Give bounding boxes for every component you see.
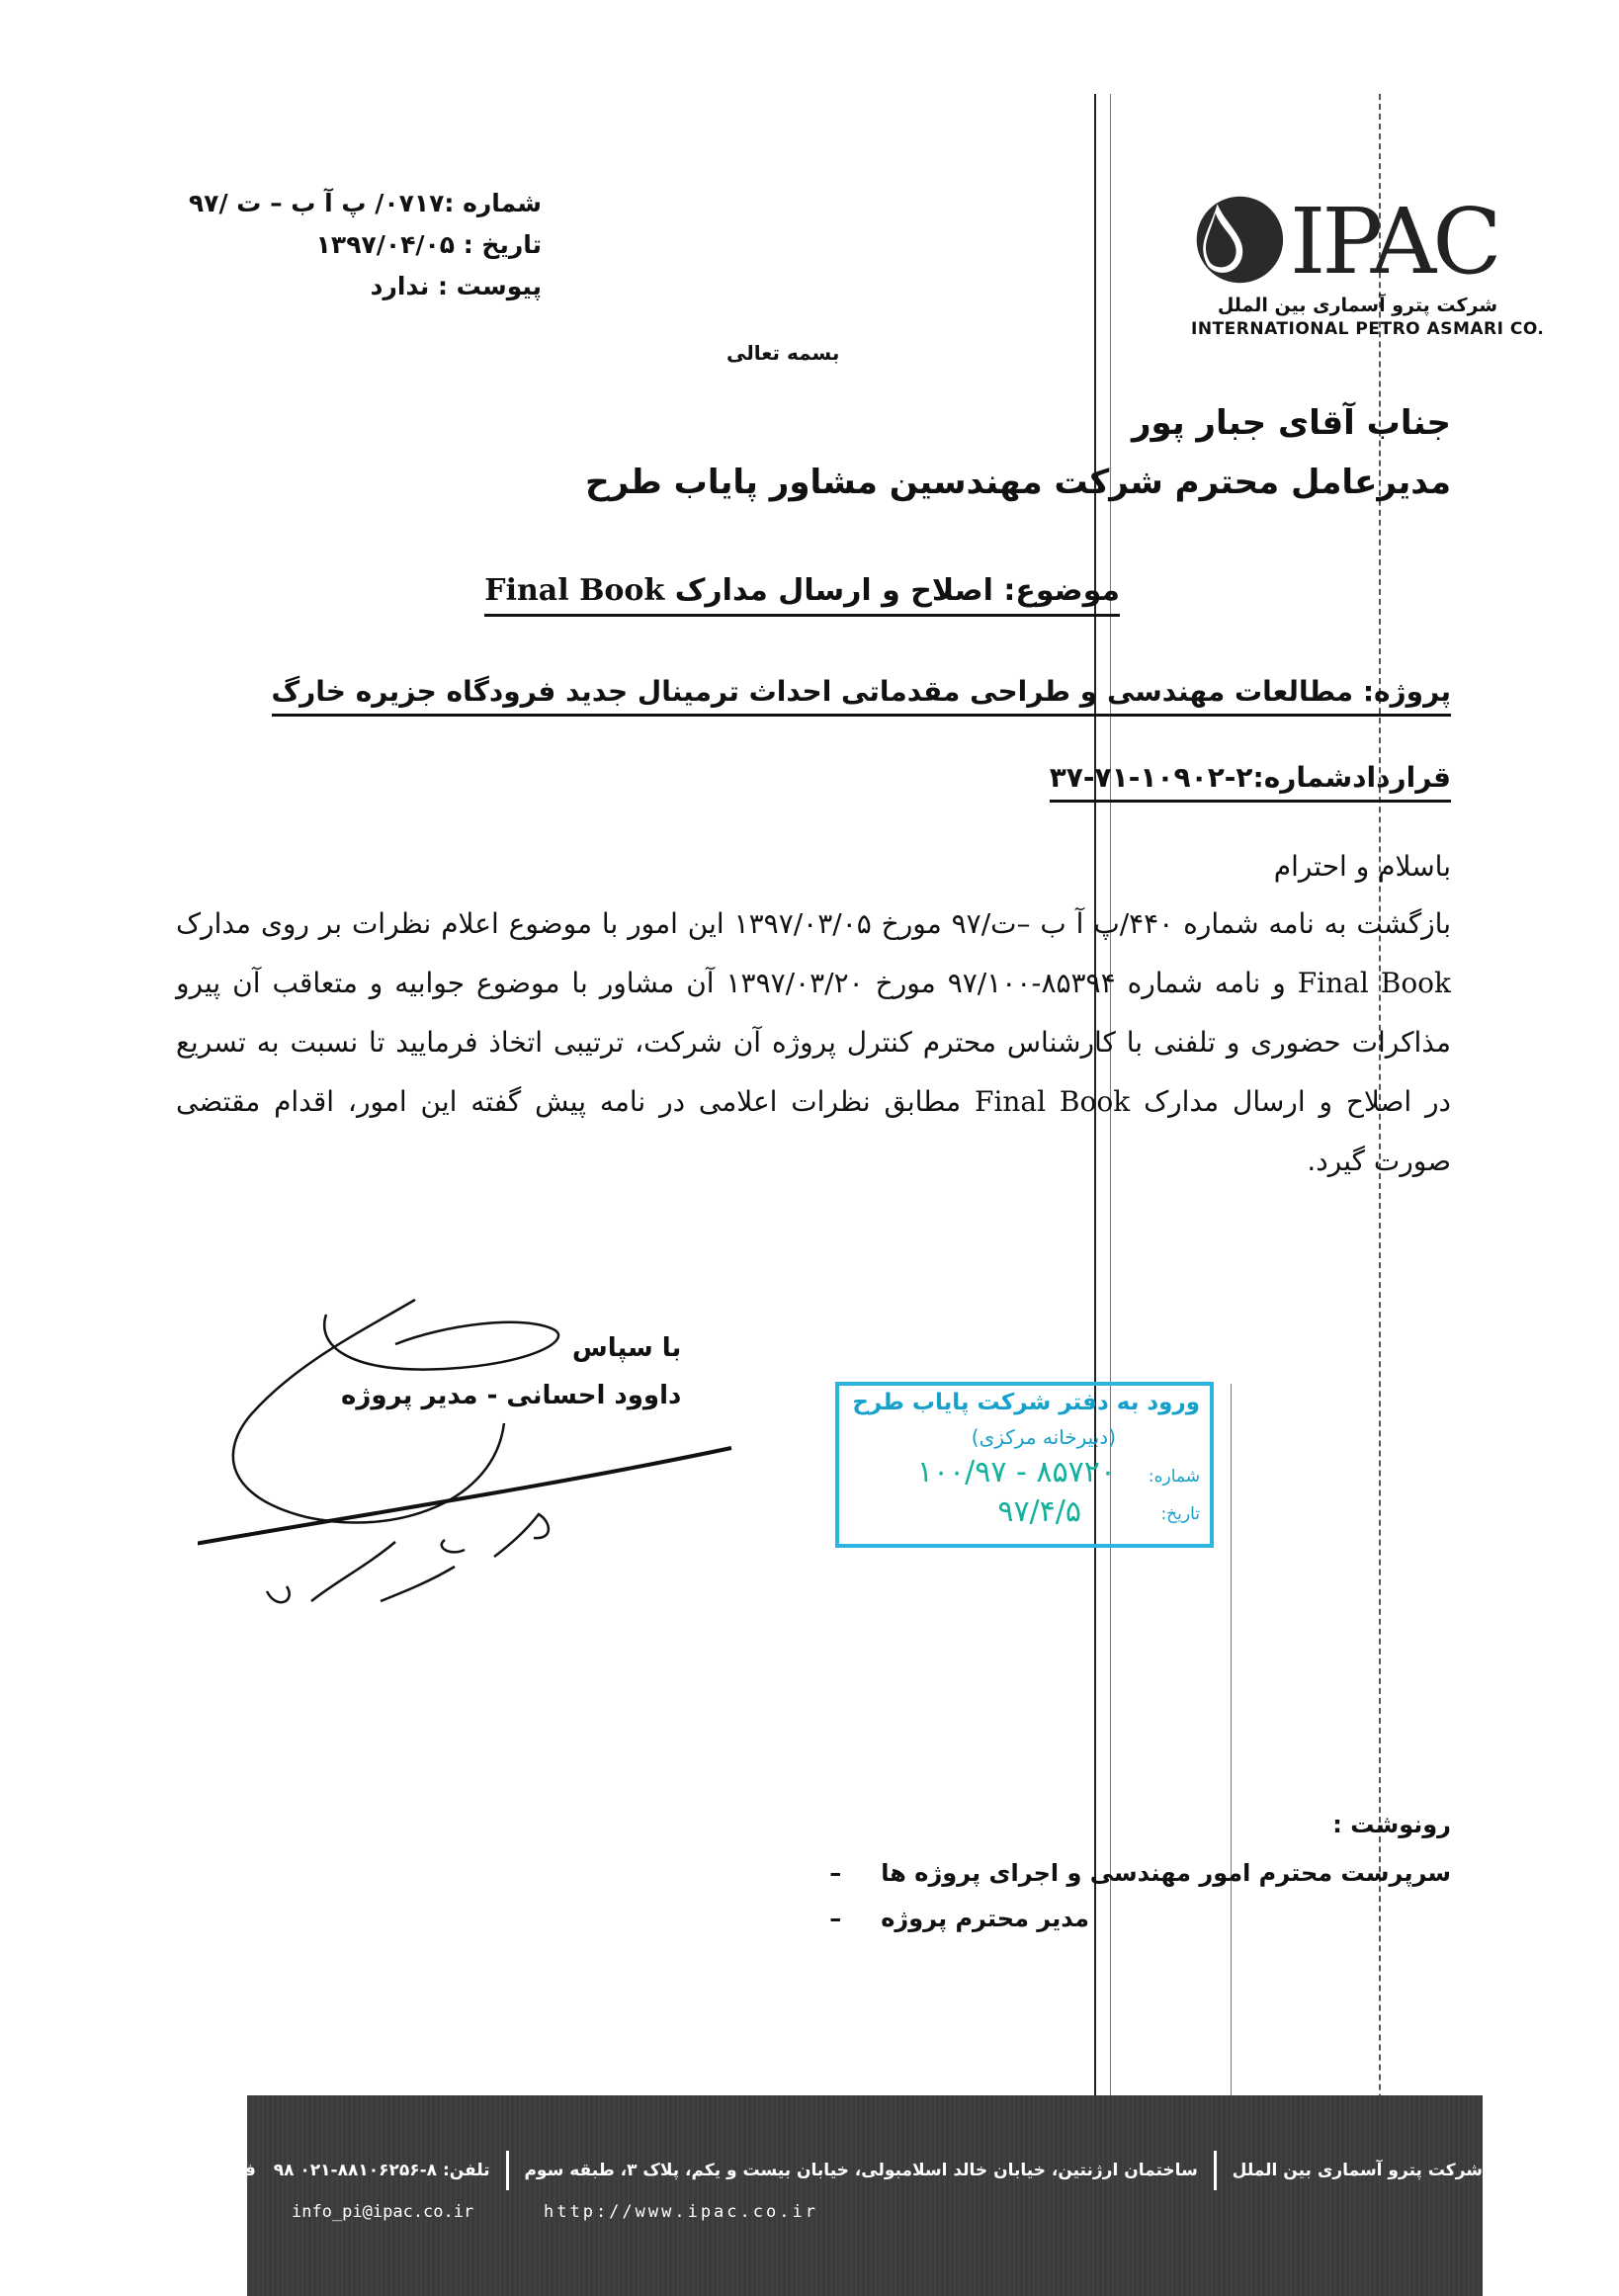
stamp-number-label: شماره: <box>1149 1467 1200 1487</box>
subject-text-en: Final Book <box>484 573 664 608</box>
cc-bullet: – <box>829 1896 841 1941</box>
footer-address-line: شرکت پترو آسماری بین الملل ساختمان ارژنت… <box>64 2151 1483 2190</box>
body-final-book-2: Final Book <box>975 1085 1130 1118</box>
logo-wordmark: IPAC <box>1290 188 1498 297</box>
signature-block: با سپاس داوود احسانی - مدیر پروژه <box>341 1324 681 1419</box>
stamp-date-label: تاریخ: <box>1160 1504 1200 1524</box>
cc-bullet: – <box>829 1850 841 1896</box>
footer-fax: فکس: ۸۸۱۰۶۱۵۹ ۲۱ ۹۸ <box>64 2161 256 2180</box>
signer-name-title: داوود احسانی - مدیر پروژه <box>341 1372 681 1419</box>
letter-attachment: پیوست : ندارد <box>189 266 542 307</box>
stamp-subtitle: (دبیرخانه مرکزی) <box>972 1425 1116 1449</box>
closing: با سپاس <box>341 1324 681 1372</box>
footer-address: ساختمان ارژنتین، خیابان خالد اسلامبولی، … <box>524 2161 1197 2180</box>
subject-text: اصلاح و ارسال مدارک <box>675 573 993 608</box>
greeting: باسلام و احترام <box>1274 850 1451 883</box>
footer-divider <box>1214 2151 1217 2190</box>
cc-item: – مدیر محترم پروژه <box>829 1896 1451 1941</box>
cc-label: رونوشت : <box>1332 1811 1451 1838</box>
letter-body: بازگشت به نامه شماره ۴۴۰/پ آ ب –ت/۹۷ مور… <box>176 894 1451 1191</box>
footer-edge <box>1483 2095 1619 2296</box>
footer-phone: تلفن: ۸-۸۸۱۰۶۲۵۶-۰۲۱ ۹۸ <box>274 2161 490 2180</box>
letterhead-footer: شرکت پترو آسماری بین الملل ساختمان ارژنت… <box>247 2095 1483 2296</box>
received-stamp: ورود به دفتر شرکت پایاب طرح (دبیرخانه مر… <box>835 1382 1214 1548</box>
subject-label: موضوع: <box>1003 573 1120 608</box>
cc-text: مدیر محترم پروژه <box>881 1896 1089 1941</box>
stamp-number-value: ۸۵۷۲۰ - ۱۰۰/۹۷ <box>917 1455 1116 1489</box>
basmala: بسمه تعالی <box>726 341 839 365</box>
cc-text: سرپرست محترم امور مهندسی و اجرای پروژه ه… <box>881 1850 1451 1896</box>
letter-number: شماره :۰۷۱۷/ پ آ ب – ت /۹۷ <box>189 183 542 224</box>
contract-number: قراردادشماره:۲-۱۰۹۰۲-۷۱-۳۷ <box>1050 761 1451 803</box>
cc-item: – سرپرست محترم امور مهندسی و اجرای پروژه… <box>829 1850 1451 1896</box>
oil-drop-icon <box>1191 193 1285 287</box>
addressee-name: جناب آقای جبار پور <box>585 393 1451 453</box>
logo-company-en: INTERNATIONAL PETRO ASMARI CO. <box>1191 319 1544 339</box>
body-final-book-1: Final Book <box>1298 967 1451 999</box>
project-line: پروژه: مطالعات مهندسی و طراحی مقدماتی اح… <box>272 675 1452 717</box>
stamp-title: ورود به دفتر شرکت پایاب طرح <box>852 1390 1200 1415</box>
logo-company-fa: شرکت پترو آسماری بین الملل <box>1218 295 1497 316</box>
cc-list: – سرپرست محترم امور مهندسی و اجرای پروژه… <box>829 1850 1451 1941</box>
footer-company: شرکت پترو آسماری بین الملل <box>1233 2161 1483 2180</box>
footer-divider <box>506 2151 509 2190</box>
footer-email[interactable]: info_pi@ipac.co.ir <box>292 2202 473 2222</box>
footer-website[interactable]: http://www.ipac.co.ir <box>544 2202 818 2222</box>
company-logo: IPAC شرکت پترو آسماری بین الملل INTERNAT… <box>1191 188 1507 346</box>
stamp-date-value: ۹۷/۴/۵ <box>997 1494 1081 1529</box>
addressee: جناب آقای جبار پور مدیرعامل محترم شرکت م… <box>585 393 1451 512</box>
subject-line: موضوع: اصلاح و ارسال مدارک Final Book <box>484 573 1120 617</box>
letter-meta: شماره :۰۷۱۷/ پ آ ب – ت /۹۷ تاریخ : ۱۳۹۷/… <box>189 183 542 307</box>
addressee-title: مدیرعامل محترم شرکت مهندسین مشاور پایاب … <box>585 453 1451 512</box>
body-part-1: بازگشت به نامه شماره ۴۴۰/پ آ ب –ت/۹۷ مور… <box>176 907 1451 940</box>
letter-date: تاریخ : ۱۳۹۷/۰۴/۰۵ <box>189 224 542 266</box>
